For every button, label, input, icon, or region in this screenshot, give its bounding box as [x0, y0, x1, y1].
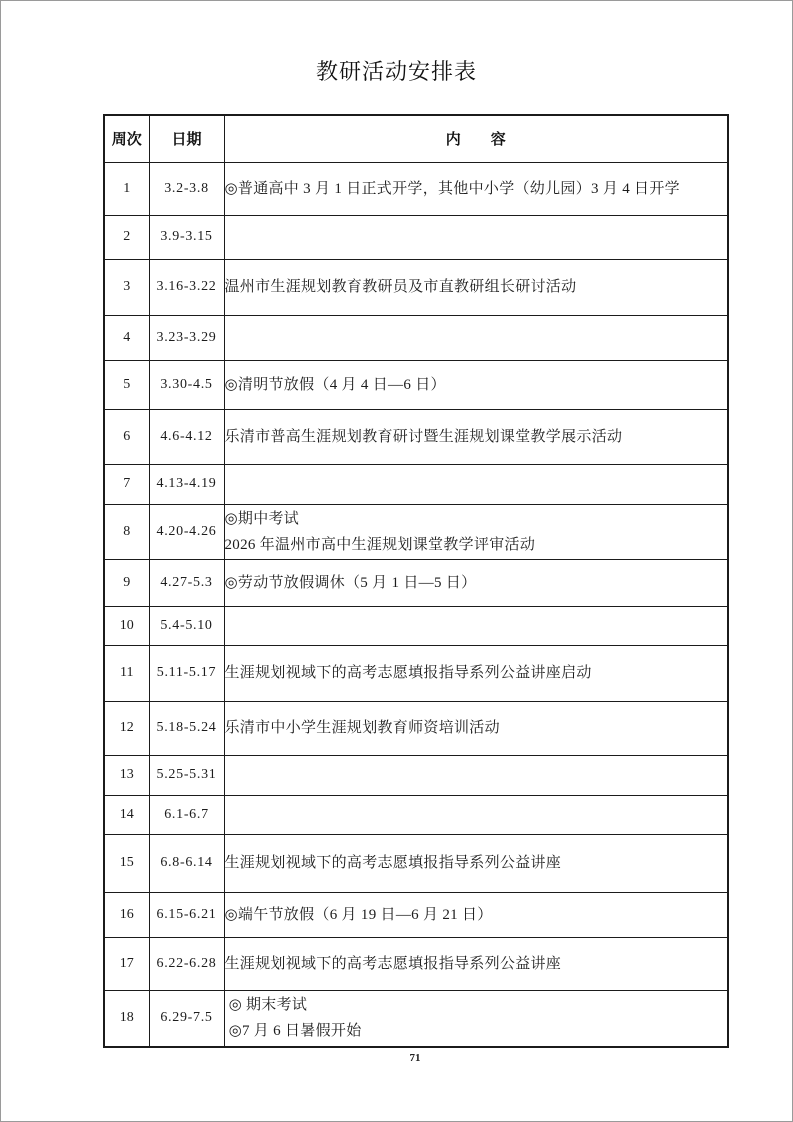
date-cell: 3.23-3.29 [149, 315, 224, 360]
table-row: 4 3.23-3.29 [104, 315, 728, 360]
content-line: 乐清市中小学生涯规划教育师资培训活动 [225, 715, 728, 741]
content-cell [224, 606, 728, 645]
table-row: 5 3.30-4.5 ◎清明节放假（4 月 4 日—6 日） [104, 360, 728, 409]
content-cell: ◎劳动节放假调休（5 月 1 日—5 日） [224, 559, 728, 606]
content-line: ◎普通高中 3 月 1 日正式开学，其他中小学（幼儿园）3 月 4 日开学 [225, 176, 728, 202]
date-cell: 5.18-5.24 [149, 701, 224, 755]
content-line: 生涯规划视域下的高考志愿填报指导系列公益讲座 [225, 951, 728, 977]
date-cell: 4.20-4.26 [149, 504, 224, 559]
date-cell: 6.8-6.14 [149, 834, 224, 892]
content-line: 温州市生涯规划教育教研员及市直教研组长研讨活动 [225, 274, 728, 300]
table-row: 12 5.18-5.24 乐清市中小学生涯规划教育师资培训活动 [104, 701, 728, 755]
content-line: ◎7 月 6 日暑假开始 [225, 1018, 728, 1044]
week-cell: 11 [104, 645, 149, 701]
content-line: ◎期中考试 [225, 506, 728, 532]
date-cell: 4.6-4.12 [149, 409, 224, 464]
date-cell: 6.29-7.5 [149, 990, 224, 1047]
content-cell: ◎端午节放假（6 月 19 日—6 月 21 日） [224, 892, 728, 937]
content-cell [224, 215, 728, 259]
week-cell: 13 [104, 755, 149, 795]
date-cell: 3.16-3.22 [149, 259, 224, 315]
date-cell: 6.1-6.7 [149, 795, 224, 834]
content-line: ◎端午节放假（6 月 19 日—6 月 21 日） [225, 902, 728, 928]
content-cell: ◎清明节放假（4 月 4 日—6 日） [224, 360, 728, 409]
table-row: 17 6.22-6.28 生涯规划视域下的高考志愿填报指导系列公益讲座 [104, 937, 728, 990]
week-cell: 7 [104, 464, 149, 504]
table-row: 14 6.1-6.7 [104, 795, 728, 834]
table-row: 10 5.4-5.10 [104, 606, 728, 645]
content-cell: ◎期中考试 2026 年温州市高中生涯规划课堂教学评审活动 [224, 504, 728, 559]
content-cell [224, 315, 728, 360]
content-cell: 温州市生涯规划教育教研员及市直教研组长研讨活动 [224, 259, 728, 315]
page-title: 教研活动安排表 [1, 1, 792, 87]
week-cell: 9 [104, 559, 149, 606]
content-cell: ◎普通高中 3 月 1 日正式开学，其他中小学（幼儿园）3 月 4 日开学 [224, 162, 728, 215]
table-row: 1 3.2-3.8 ◎普通高中 3 月 1 日正式开学，其他中小学（幼儿园）3 … [104, 162, 728, 215]
table-row: 16 6.15-6.21 ◎端午节放假（6 月 19 日—6 月 21 日） [104, 892, 728, 937]
date-cell: 3.2-3.8 [149, 162, 224, 215]
content-line: ◎劳动节放假调休（5 月 1 日—5 日） [225, 570, 728, 596]
week-cell: 15 [104, 834, 149, 892]
table-row: 3 3.16-3.22 温州市生涯规划教育教研员及市直教研组长研讨活动 [104, 259, 728, 315]
week-cell: 1 [104, 162, 149, 215]
week-cell: 16 [104, 892, 149, 937]
table-row: 11 5.11-5.17 生涯规划视域下的高考志愿填报指导系列公益讲座启动 [104, 645, 728, 701]
week-cell: 14 [104, 795, 149, 834]
content-line: ◎清明节放假（4 月 4 日—6 日） [225, 372, 728, 398]
content-cell [224, 464, 728, 504]
date-cell: 6.15-6.21 [149, 892, 224, 937]
week-cell: 10 [104, 606, 149, 645]
content-cell [224, 795, 728, 834]
date-cell: 3.9-3.15 [149, 215, 224, 259]
content-cell: 乐清市普高生涯规划教育研讨暨生涯规划课堂教学展示活动 [224, 409, 728, 464]
content-cell [224, 755, 728, 795]
header-row: 周次 日期 内 容 [104, 115, 728, 162]
table-row: 9 4.27-5.3 ◎劳动节放假调休（5 月 1 日—5 日） [104, 559, 728, 606]
content-line: 生涯规划视域下的高考志愿填报指导系列公益讲座 [225, 850, 728, 876]
date-cell: 5.25-5.31 [149, 755, 224, 795]
table-row: 7 4.13-4.19 [104, 464, 728, 504]
date-cell: 5.4-5.10 [149, 606, 224, 645]
content-line: ◎ 期末考试 [225, 992, 728, 1018]
date-cell: 4.27-5.3 [149, 559, 224, 606]
table-row: 13 5.25-5.31 [104, 755, 728, 795]
date-cell: 3.30-4.5 [149, 360, 224, 409]
date-cell: 5.11-5.17 [149, 645, 224, 701]
date-cell: 6.22-6.28 [149, 937, 224, 990]
content-cell: 乐清市中小学生涯规划教育师资培训活动 [224, 701, 728, 755]
table-row: 15 6.8-6.14 生涯规划视域下的高考志愿填报指导系列公益讲座 [104, 834, 728, 892]
content-line: 2026 年温州市高中生涯规划课堂教学评审活动 [225, 532, 728, 558]
page-number: 71 [103, 1052, 727, 1064]
content-cell: ◎ 期末考试 ◎7 月 6 日暑假开始 [224, 990, 728, 1047]
week-cell: 4 [104, 315, 149, 360]
schedule-table: 周次 日期 内 容 1 3.2-3.8 ◎普通高中 3 月 1 日正式开学，其他… [103, 114, 729, 1048]
week-cell: 17 [104, 937, 149, 990]
date-cell: 4.13-4.19 [149, 464, 224, 504]
week-cell: 8 [104, 504, 149, 559]
table-row: 8 4.20-4.26 ◎期中考试 2026 年温州市高中生涯规划课堂教学评审活… [104, 504, 728, 559]
header-content: 内 容 [224, 115, 728, 162]
week-cell: 18 [104, 990, 149, 1047]
content-line: 乐清市普高生涯规划教育研讨暨生涯规划课堂教学展示活动 [225, 424, 728, 450]
table-row: 2 3.9-3.15 [104, 215, 728, 259]
header-week: 周次 [104, 115, 149, 162]
week-cell: 2 [104, 215, 149, 259]
table-row: 6 4.6-4.12 乐清市普高生涯规划教育研讨暨生涯规划课堂教学展示活动 [104, 409, 728, 464]
header-date: 日期 [149, 115, 224, 162]
week-cell: 6 [104, 409, 149, 464]
table-row: 18 6.29-7.5 ◎ 期末考试 ◎7 月 6 日暑假开始 [104, 990, 728, 1047]
content-cell: 生涯规划视域下的高考志愿填报指导系列公益讲座启动 [224, 645, 728, 701]
document-page: { "page": { "title": "教研活动安排表", "page_nu… [0, 0, 793, 1122]
content-line: 生涯规划视域下的高考志愿填报指导系列公益讲座启动 [225, 660, 728, 686]
content-cell: 生涯规划视域下的高考志愿填报指导系列公益讲座 [224, 937, 728, 990]
week-cell: 12 [104, 701, 149, 755]
week-cell: 5 [104, 360, 149, 409]
week-cell: 3 [104, 259, 149, 315]
content-cell: 生涯规划视域下的高考志愿填报指导系列公益讲座 [224, 834, 728, 892]
